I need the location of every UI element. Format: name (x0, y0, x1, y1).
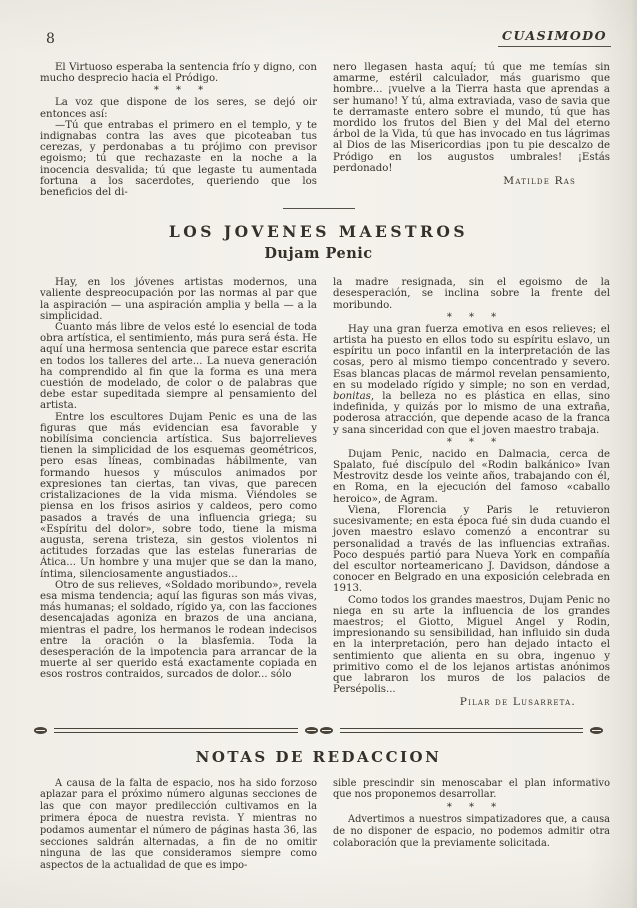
italic-word: bonitas (333, 391, 371, 402)
divider-ornament-center-icon (305, 727, 318, 734)
article-los-jovenes-maestros: LOS JOVENES MAESTROS Dujam Penic Hay, en… (0, 222, 637, 708)
paragraph-text: , la belleza no es plástica en ellas, si… (333, 391, 610, 436)
article-main-columns: Hay, en los jóvenes artistas modernos, u… (0, 277, 637, 708)
paragraph: Entre los escultores Dujam Penic es una … (40, 412, 317, 580)
notes-right-column: sible prescindir sin menoscabar el plan … (333, 778, 610, 872)
article-subtitle: Dujam Penic (0, 245, 637, 263)
paragraph: A causa de la falta de espacio, nos ha s… (40, 778, 317, 872)
article-main-right-column: la madre resignada, sin el egoismo de la… (333, 277, 610, 708)
paragraph: nero llegasen hasta aquí; tú que me temí… (333, 62, 610, 174)
article-top-continuation: El Virtuoso esperaba la sentencia frío y… (0, 62, 637, 198)
article-top-columns: El Virtuoso esperaba la sentencia frío y… (0, 62, 637, 198)
asterisk-separator: * * * (333, 312, 610, 323)
notes-left-column: A causa de la falta de espacio, nos ha s… (40, 778, 317, 872)
page-header: 8 CUASIMODO (0, 0, 637, 47)
divider-double-rule (54, 728, 298, 733)
paragraph: Como todos los grandes maestros, Dujam P… (333, 595, 610, 696)
asterisk-separator: * * * (333, 802, 610, 813)
paragraph: La voz que dispone de los seres, se dejó… (40, 97, 317, 119)
masthead-title: CUASIMODO (498, 28, 611, 47)
paragraph: Otro de sus relieves, «Soldado moribundo… (40, 580, 317, 681)
paragraph: —Tú que entrabas el primero en el templo… (40, 120, 317, 198)
divider-ornament-left-icon (34, 727, 47, 734)
section-divider-rule (283, 208, 355, 209)
paragraph: Hay una gran fuerza emotiva en esos reli… (333, 324, 610, 436)
asterisk-separator: * * * (333, 437, 610, 448)
ornamental-divider (34, 726, 603, 735)
paragraph: Cuanto más libre de velos esté lo esenci… (40, 322, 317, 412)
paragraph: Viena, Florencia y Paris le retuvieron s… (333, 505, 610, 595)
article-top-left-column: El Virtuoso esperaba la sentencia frío y… (40, 62, 317, 198)
article-top-right-column: nero llegasen hasta aquí; tú que me temí… (333, 62, 610, 198)
paragraph: El Virtuoso esperaba la sentencia frío y… (40, 62, 317, 84)
divider-ornament-center-icon (320, 727, 333, 734)
page-number: 8 (46, 31, 55, 47)
article-title: LOS JOVENES MAESTROS (0, 222, 637, 242)
article-main-left-column: Hay, en los jóvenes artistas modernos, u… (40, 277, 317, 708)
author-signature: Matilde Ras (333, 176, 610, 187)
paragraph: sible prescindir sin menoscabar el plan … (333, 778, 610, 802)
author-signature: Pilar de Lusarreta. (333, 697, 610, 708)
asterisk-separator: * * * (40, 85, 317, 96)
paragraph: la madre resignada, sin el egoismo de la… (333, 277, 610, 311)
section-notas-de-redaccion: NOTAS DE REDACCION A causa de la falta d… (0, 748, 637, 872)
magazine-page: 8 CUASIMODO El Virtuoso esperaba la sent… (0, 0, 637, 908)
paragraph: Advertimos a nuestros simpatizadores que… (333, 814, 610, 849)
paragraph-text: Hay una gran fuerza emotiva en esos reli… (333, 324, 610, 391)
divider-double-rule (340, 728, 584, 733)
notes-title: NOTAS DE REDACCION (0, 748, 637, 767)
notes-columns: A causa de la falta de espacio, nos ha s… (0, 778, 637, 872)
paragraph: Dujam Penic, nacido en Dalmacia, cerca d… (333, 449, 610, 505)
divider-ornament-right-icon (590, 727, 603, 734)
paragraph: Hay, en los jóvenes artistas modernos, u… (40, 277, 317, 322)
